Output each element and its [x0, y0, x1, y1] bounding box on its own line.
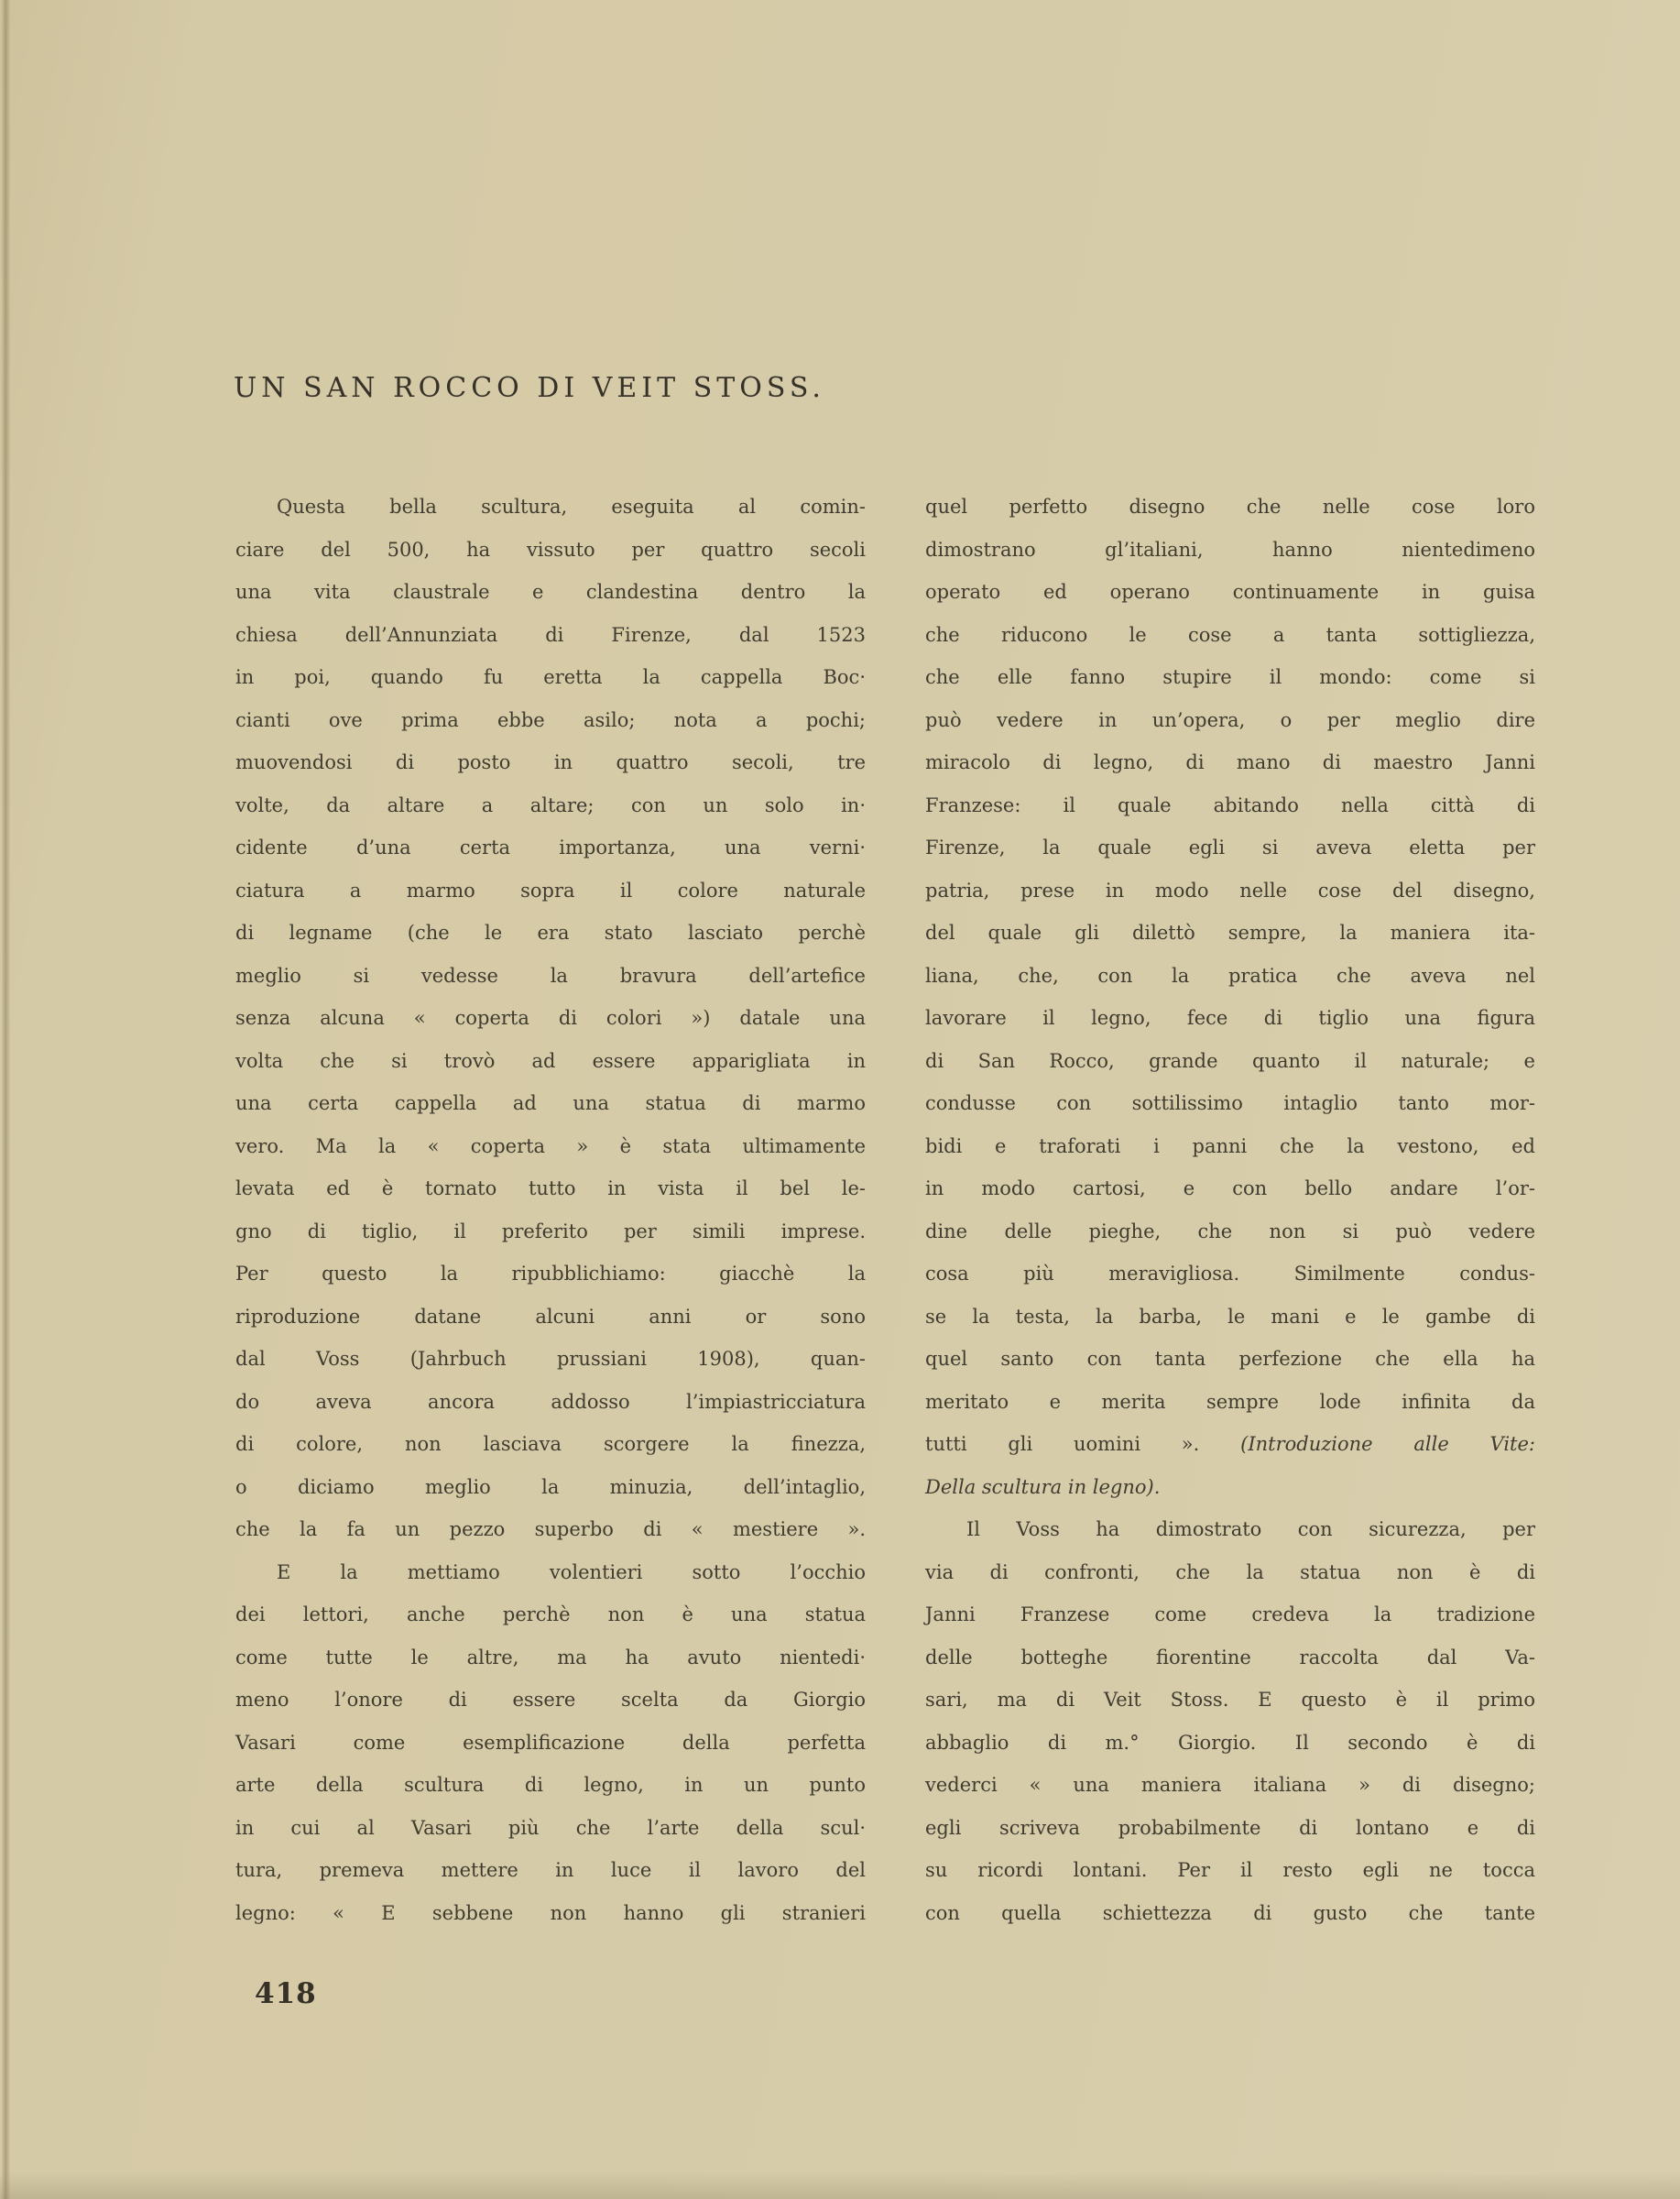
text-line: operato ed operano continuamente in guis… — [925, 571, 1535, 614]
text-line: sari, ma di Veit Stoss. E questo è il pr… — [925, 1679, 1535, 1722]
text-segment: miracolo di legno, di mano di maestro Ja… — [925, 751, 1535, 773]
text-line: E la mettiamo volentieri sotto l’occhio — [235, 1551, 866, 1594]
text-segment-italic: (Introduzione alle Vite: — [1240, 1433, 1535, 1455]
page: UN SAN ROCCO DI VEIT STOSS. Questa bella… — [0, 0, 1680, 2199]
text-segment: Firenze, la quale egli si aveva eletta p… — [925, 837, 1535, 859]
text-segment: dine delle pieghe, che non si può vedere — [925, 1220, 1535, 1242]
text-segment: abbaglio di m.° Giorgio. Il secondo è di — [925, 1732, 1535, 1754]
text-segment: Vasari come esemplificazione della perfe… — [235, 1732, 866, 1754]
text-line: lavorare il legno, fece di tiglio una fi… — [925, 997, 1535, 1040]
text-line: che la fa un pezzo superbo di « mestiere… — [235, 1508, 866, 1551]
text-line: Il Voss ha dimostrato con sicurezza, per — [925, 1508, 1535, 1551]
text-line: Janni Franzese come credeva la tradizion… — [925, 1593, 1535, 1636]
text-segment: può vedere in un’opera, o per meglio dir… — [925, 709, 1535, 731]
text-line: di San Rocco, grande quanto il naturale;… — [925, 1040, 1535, 1083]
page-title: UN SAN ROCCO DI VEIT STOSS. — [234, 372, 825, 404]
text-line: in modo cartosi, e con bello andare l’or… — [925, 1167, 1535, 1210]
text-segment: muovendosi di posto in quattro secoli, t… — [235, 751, 866, 773]
text-line: gno di tiglio, il preferito per simili i… — [235, 1210, 866, 1253]
text-segment: liana, che, con la pratica che aveva nel — [925, 965, 1535, 987]
text-segment: tura, premeva mettere in luce il lavoro … — [235, 1859, 866, 1881]
text-line: abbaglio di m.° Giorgio. Il secondo è di — [925, 1722, 1535, 1765]
text-line: volte, da altare a altare; con un solo i… — [235, 784, 866, 827]
text-segment: del quale gli dilettò sempre, la maniera… — [925, 922, 1535, 944]
text-segment: ciatura a marmo sopra il colore naturale — [235, 880, 866, 902]
text-line: Della scultura in legno). — [925, 1466, 1535, 1509]
text-segment: vero. Ma la « coperta » è stata ultimame… — [235, 1135, 866, 1157]
text-line: chiesa dell’Annunziata di Firenze, dal 1… — [235, 614, 866, 657]
column-right: quel perfetto disegno che nelle cose lor… — [925, 486, 1535, 1934]
text-segment: tutti gli uomini ». — [925, 1433, 1240, 1455]
text-line: liana, che, con la pratica che aveva nel — [925, 955, 1535, 998]
text-segment: sari, ma di Veit Stoss. E questo è il pr… — [925, 1689, 1535, 1711]
text-line: Per questo la ripubblichiamo: giacchè la — [235, 1253, 866, 1296]
text-segment: in cui al Vasari più che l’arte della sc… — [235, 1817, 866, 1839]
text-segment: come tutte le altre, ma ha avuto niented… — [235, 1647, 866, 1668]
text-line: meglio si vedesse la bravura dell’artefi… — [235, 955, 866, 998]
text-line: in poi, quando fu eretta la cappella Boc… — [235, 656, 866, 699]
text-line: patria, prese in modo nelle cose del dis… — [925, 870, 1535, 913]
text-line: con quella schiettezza di gusto che tant… — [925, 1892, 1535, 1935]
text-segment: Janni Franzese come credeva la tradizion… — [925, 1603, 1535, 1625]
text-segment: vederci « una maniera italiana » di dise… — [925, 1774, 1535, 1796]
text-segment: operato ed operano continuamente in guis… — [925, 581, 1535, 603]
text-segment: egli scriveva probabilmente di lontano e… — [925, 1817, 1535, 1839]
text-line: via di confronti, che la statua non è di — [925, 1551, 1535, 1594]
text-segment: cosa più meravigliosa. Similmente condus… — [925, 1263, 1535, 1285]
page-bottom-shade — [0, 2172, 1680, 2199]
text-line: tutti gli uomini ». (Introduzione alle V… — [925, 1423, 1535, 1466]
text-line: vederci « una maniera italiana » di dise… — [925, 1764, 1535, 1807]
text-line: do aveva ancora addosso l’impiastricciat… — [235, 1381, 866, 1424]
text-line: può vedere in un’opera, o per meglio dir… — [925, 699, 1535, 742]
text-segment: quel perfetto disegno che nelle cose lor… — [925, 496, 1535, 518]
text-segment: delle botteghe fiorentine raccolta dal V… — [925, 1647, 1535, 1668]
text-line: dei lettori, anche perchè non è una stat… — [235, 1593, 866, 1636]
text-segment: senza alcuna « coperta di colori ») data… — [235, 1007, 866, 1029]
text-segment: che elle fanno stupire il mondo: come si — [925, 666, 1535, 688]
text-segment: levata ed è tornato tutto in vista il be… — [235, 1177, 866, 1199]
text-segment: dal Voss (Jahrbuch prussiani 1908), quan… — [235, 1348, 866, 1370]
text-line: dal Voss (Jahrbuch prussiani 1908), quan… — [235, 1338, 866, 1381]
text-line: su ricordi lontani. Per il resto egli ne… — [925, 1849, 1535, 1892]
text-line: senza alcuna « coperta di colori ») data… — [235, 997, 866, 1040]
page-number: 418 — [255, 1977, 317, 2010]
text-line: ciatura a marmo sopra il colore naturale — [235, 870, 866, 913]
text-line: Firenze, la quale egli si aveva eletta p… — [925, 826, 1535, 870]
text-line: condusse con sottilissimo intaglio tanto… — [925, 1082, 1535, 1125]
text-line: quel santo con tanta perfezione che ella… — [925, 1338, 1535, 1381]
column-left: Questa bella scultura, eseguita al comin… — [235, 486, 866, 1934]
text-line: riproduzione datane alcuni anni or sono — [235, 1296, 866, 1339]
text-line: vero. Ma la « coperta » è stata ultimame… — [235, 1125, 866, 1168]
text-segment: meglio si vedesse la bravura dell’artefi… — [235, 965, 866, 987]
text-line: se la testa, la barba, le mani e le gamb… — [925, 1296, 1535, 1339]
text-line: una certa cappella ad una statua di marm… — [235, 1082, 866, 1125]
text-segment: bidi e traforati i panni che la vestono,… — [925, 1135, 1535, 1157]
text-segment: su ricordi lontani. Per il resto egli ne… — [925, 1859, 1535, 1881]
text-segment: Per questo la ripubblichiamo: giacchè la — [235, 1263, 866, 1285]
text-line: cianti ove prima ebbe asilo; nota a poch… — [235, 699, 866, 742]
text-segment: riproduzione datane alcuni anni or sono — [235, 1306, 866, 1328]
text-line: del quale gli dilettò sempre, la maniera… — [925, 912, 1535, 955]
text-segment: con quella schiettezza di gusto che tant… — [925, 1902, 1535, 1924]
text-line: ciare del 500, ha vissuto per quattro se… — [235, 529, 866, 572]
text-line: dine delle pieghe, che non si può vedere — [925, 1210, 1535, 1253]
text-segment: cidente d’una certa importanza, una vern… — [235, 837, 866, 859]
text-segment: ciare del 500, ha vissuto per quattro se… — [235, 539, 866, 561]
text-line: dimostrano gl’italiani, hanno nientedime… — [925, 529, 1535, 572]
text-segment: patria, prese in modo nelle cose del dis… — [925, 880, 1535, 902]
text-line: meno l’onore di essere scelta da Giorgio — [235, 1679, 866, 1722]
page-edge-crease — [2, 0, 10, 2199]
text-segment: meritato e merita sempre lode infinita d… — [925, 1391, 1535, 1413]
text-segment-italic: Della scultura in legno). — [925, 1476, 1160, 1498]
text-line: che elle fanno stupire il mondo: come si — [925, 656, 1535, 699]
text-segment: di colore, non lasciava scorgere la fine… — [235, 1433, 866, 1455]
text-line: Vasari come esemplificazione della perfe… — [235, 1722, 866, 1765]
text-line: levata ed è tornato tutto in vista il be… — [235, 1167, 866, 1210]
text-segment: meno l’onore di essere scelta da Giorgio — [235, 1689, 866, 1711]
text-segment: Franzese: il quale abitando nella città … — [925, 794, 1535, 816]
text-line: una vita claustrale e clandestina dentro… — [235, 571, 866, 614]
text-segment: gno di tiglio, il preferito per simili i… — [235, 1220, 866, 1242]
text-segment: che riducono le cose a tanta sottigliezz… — [925, 624, 1535, 646]
text-line: egli scriveva probabilmente di lontano e… — [925, 1807, 1535, 1850]
text-line: volta che si trovò ad essere apparigliat… — [235, 1040, 866, 1083]
text-line: di legname (che le era stato lasciato pe… — [235, 912, 866, 955]
text-line: arte della scultura di legno, in un punt… — [235, 1764, 866, 1807]
text-segment: se la testa, la barba, le mani e le gamb… — [925, 1306, 1535, 1328]
text-line: di colore, non lasciava scorgere la fine… — [235, 1423, 866, 1466]
text-segment: arte della scultura di legno, in un punt… — [235, 1774, 866, 1796]
text-segment: volte, da altare a altare; con un solo i… — [235, 794, 866, 816]
text-segment: do aveva ancora addosso l’impiastricciat… — [235, 1391, 866, 1413]
text-line: quel perfetto disegno che nelle cose lor… — [925, 486, 1535, 529]
text-line: che riducono le cose a tanta sottigliezz… — [925, 614, 1535, 657]
text-segment: dei lettori, anche perchè non è una stat… — [235, 1603, 866, 1625]
text-segment: chiesa dell’Annunziata di Firenze, dal 1… — [235, 624, 866, 646]
text-segment: in poi, quando fu eretta la cappella Boc… — [235, 666, 866, 688]
text-segment: Questa bella scultura, eseguita al comin… — [277, 496, 866, 518]
text-line: miracolo di legno, di mano di maestro Ja… — [925, 741, 1535, 784]
text-segment: di legname (che le era stato lasciato pe… — [235, 922, 866, 944]
text-segment: lavorare il legno, fece di tiglio una fi… — [925, 1007, 1535, 1029]
text-segment: una certa cappella ad una statua di marm… — [235, 1092, 866, 1114]
text-line: cidente d’una certa importanza, una vern… — [235, 826, 866, 870]
text-line: in cui al Vasari più che l’arte della sc… — [235, 1807, 866, 1850]
text-segment: di San Rocco, grande quanto il naturale;… — [925, 1050, 1535, 1072]
text-segment: o diciamo meglio la minuzia, dell’intagl… — [235, 1476, 866, 1498]
text-segment: che la fa un pezzo superbo di « mestiere… — [235, 1518, 866, 1540]
text-line: Franzese: il quale abitando nella città … — [925, 784, 1535, 827]
text-segment: quel santo con tanta perfezione che ella… — [925, 1348, 1535, 1370]
text-columns: Questa bella scultura, eseguita al comin… — [235, 486, 1535, 1934]
text-line: Questa bella scultura, eseguita al comin… — [235, 486, 866, 529]
text-segment: volta che si trovò ad essere apparigliat… — [235, 1050, 866, 1072]
text-line: tura, premeva mettere in luce il lavoro … — [235, 1849, 866, 1892]
text-line: delle botteghe fiorentine raccolta dal V… — [925, 1636, 1535, 1679]
text-segment: legno: « E sebbene non hanno gli stranie… — [235, 1902, 866, 1924]
text-segment: cianti ove prima ebbe asilo; nota a poch… — [235, 709, 866, 731]
text-line: muovendosi di posto in quattro secoli, t… — [235, 741, 866, 784]
text-line: come tutte le altre, ma ha avuto niented… — [235, 1636, 866, 1679]
text-segment: in modo cartosi, e con bello andare l’or… — [925, 1177, 1535, 1199]
text-line: cosa più meravigliosa. Similmente condus… — [925, 1253, 1535, 1296]
text-segment: una vita claustrale e clandestina dentro… — [235, 581, 866, 603]
text-segment: Il Voss ha dimostrato con sicurezza, per — [966, 1518, 1535, 1540]
text-line: o diciamo meglio la minuzia, dell’intagl… — [235, 1466, 866, 1509]
text-line: meritato e merita sempre lode infinita d… — [925, 1381, 1535, 1424]
text-line: legno: « E sebbene non hanno gli stranie… — [235, 1892, 866, 1935]
text-line: bidi e traforati i panni che la vestono,… — [925, 1125, 1535, 1168]
text-segment: E la mettiamo volentieri sotto l’occhio — [277, 1561, 866, 1583]
text-segment: condusse con sottilissimo intaglio tanto… — [925, 1092, 1535, 1114]
text-segment: dimostrano gl’italiani, hanno nientedime… — [925, 539, 1535, 561]
text-segment: via di confronti, che la statua non è di — [925, 1561, 1535, 1583]
